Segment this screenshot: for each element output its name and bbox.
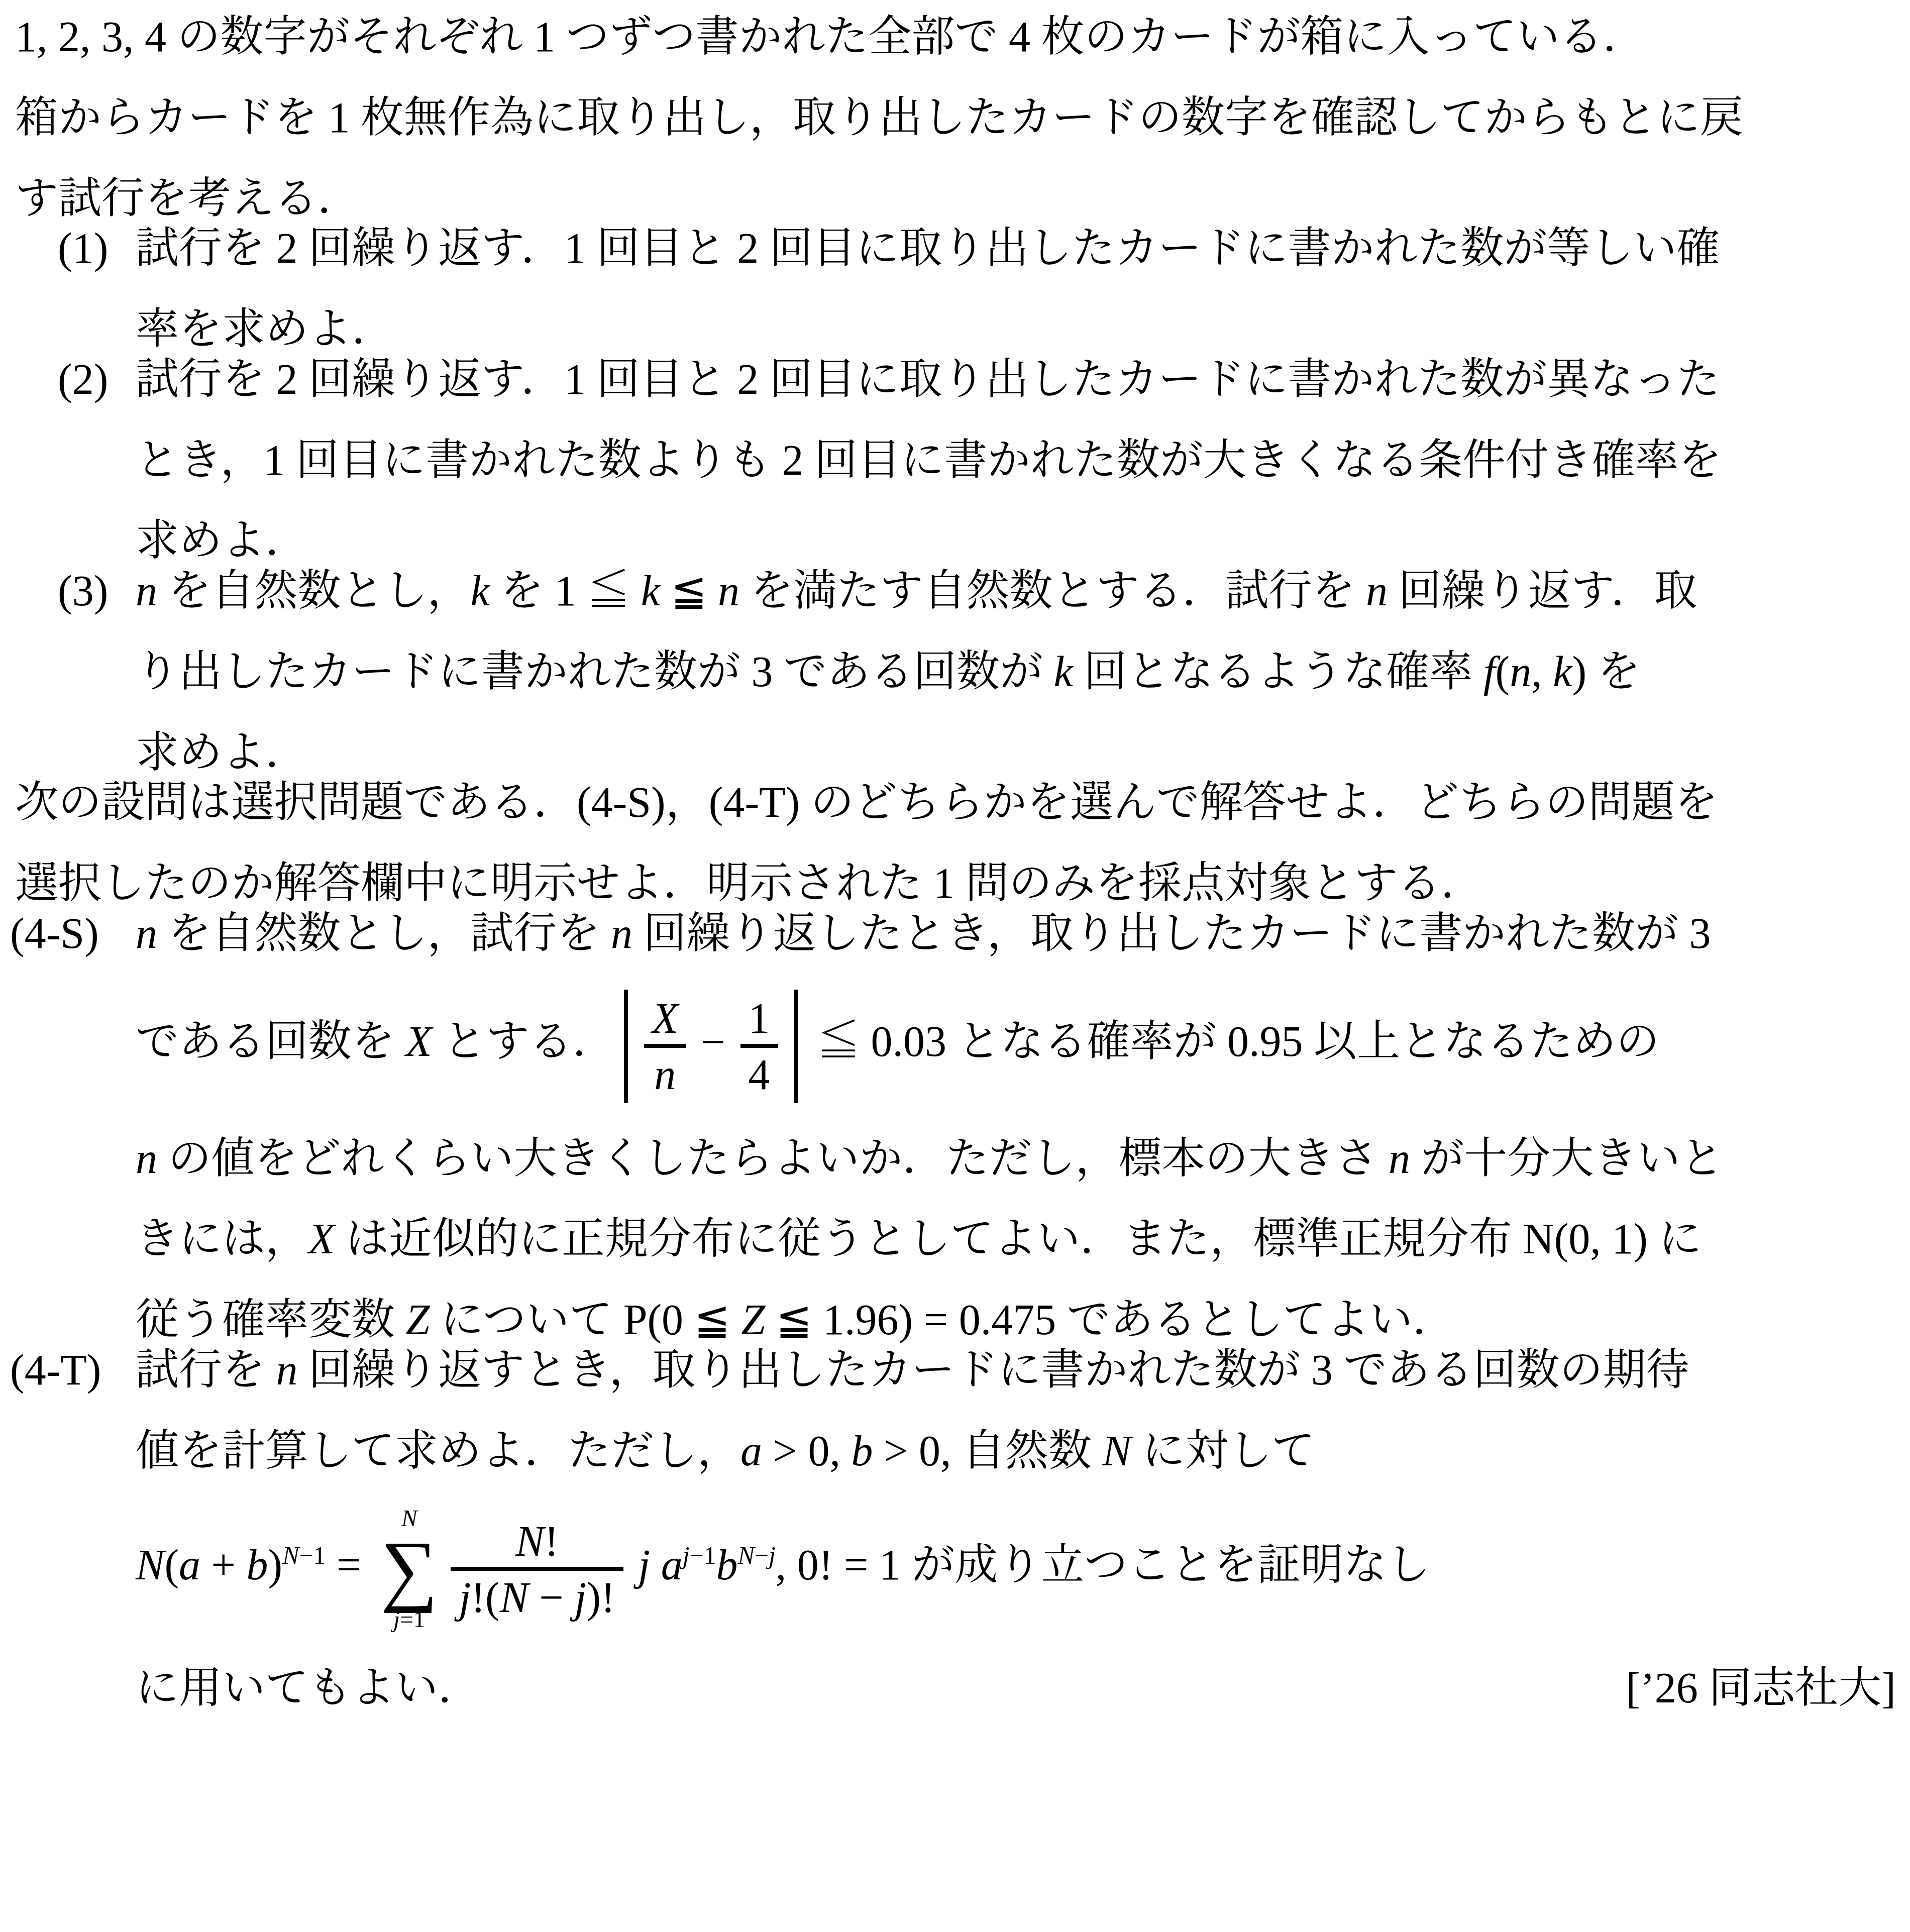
item-(2): (2)試行を 2 回繰り返す．1 回目と 2 回目に取り出したカードに書かれた数… — [0, 355, 1910, 566]
math-variable: n — [654, 1050, 676, 1099]
math-variable: n — [1366, 567, 1388, 615]
math-variable: n — [718, 567, 739, 615]
text-line: きには，X は近似的に正規分布に従うとしてよい．また，標準正規分布 N(0, 1… — [0, 1214, 1910, 1264]
math-variable: N — [136, 1541, 164, 1589]
text-line: (3)n を自然数とし，k を 1 ≦ k ≦ n を満たす自然数とする．試行を… — [0, 566, 1910, 616]
fraction: N!j!(N − j)! — [451, 1520, 623, 1619]
item-(1): (1)試行を 2 回繰り返す．1 回目と 2 回目に取り出したカードに書かれた数… — [0, 224, 1910, 355]
text-line: 箱からカードを 1 枚無作為に取り出し，取り出したカードの数字を確認してからもと… — [0, 93, 1910, 143]
math-variable: k — [1054, 648, 1073, 696]
math-variable: N — [515, 1517, 544, 1565]
text-line: (2)試行を 2 回繰り返す．1 回目と 2 回目に取り出したカードに書かれた数… — [0, 355, 1910, 405]
item-(4-T): (4-T)試行を n 回繰り返すとき，取り出したカードに書かれた数が 3 である… — [0, 1345, 1910, 1713]
summation: N∑j=1 — [381, 1507, 438, 1632]
math-variable: b — [247, 1541, 268, 1589]
superscript: j−1 — [683, 1542, 716, 1569]
math-variable: n — [611, 909, 632, 957]
text-line: 求めよ． — [0, 728, 1910, 778]
absolute-value-expression: Xn − 14 — [624, 990, 798, 1103]
text-line: 1, 2, 3, 4 の数字がそれぞれ 1 つずつ書かれた全部で 4 枚のカード… — [0, 12, 1910, 62]
math-variable: f — [1483, 648, 1496, 696]
item-(4-S): (4-S)n を自然数とし，試行を n 回繰り返したとき，取り出したカードに書か… — [0, 909, 1910, 1345]
math-variable: N — [738, 1542, 755, 1569]
math-variable: j — [575, 1573, 587, 1622]
text-line: り出したカードに書かれた数が 3 である回数が k 回となるような確率 f(n,… — [0, 647, 1910, 697]
text-line: 選択したのか解答欄中に明示せよ．明示された 1 問のみを採点対象とする． — [0, 858, 1910, 909]
math-variable: Z — [741, 1296, 765, 1344]
item-label: (2) — [58, 355, 108, 405]
text-line: とき，1 回目に書かれた数よりも 2 回目に書かれた数が大きくなる条件付き確率を — [0, 436, 1910, 486]
math-variable: k — [471, 567, 490, 615]
math-variable: N — [282, 1542, 299, 1569]
exam-page: 1, 2, 3, 4 の数字がそれぞれ 1 つずつ書かれた全部で 4 枚のカード… — [0, 0, 1910, 1713]
text-line: (4-S)n を自然数とし，試行を n 回繰り返したとき，取り出したカードに書か… — [0, 909, 1910, 959]
math-variable: n — [136, 909, 157, 957]
fraction: 14 — [740, 997, 778, 1096]
text-line: に用いてもよい．[’26 同志社大] — [0, 1663, 1910, 1713]
intro-paragraph: 1, 2, 3, 4 の数字がそれぞれ 1 つずつ書かれた全部で 4 枚のカード… — [0, 12, 1910, 224]
text-line: (4-T)試行を n 回繰り返すとき，取り出したカードに書かれた数が 3 である… — [0, 1345, 1910, 1396]
text-line: (1)試行を 2 回繰り返す．1 回目と 2 回目に取り出したカードに書かれた数… — [0, 224, 1910, 274]
math-variable: n — [1389, 1134, 1410, 1183]
formula-line: である回数を X とする．Xn − 14 ≦ 0.03 となる確率が 0.95 … — [0, 990, 1910, 1103]
math-variable: N — [500, 1573, 528, 1622]
text-line: n の値をどれくらい大きくしたらよいか．ただし，標本の大きさ n が十分大きいと — [0, 1134, 1910, 1184]
math-variable: a — [661, 1541, 683, 1589]
math-variable: X — [406, 1017, 433, 1065]
text-line: 次の設問は選択問題である．(4-S)，(4-T) のどちらかを選んで解答せよ．ど… — [0, 778, 1910, 828]
math-variable: n — [136, 1134, 157, 1183]
text-line: 率を求めよ． — [0, 304, 1910, 355]
attribution: [’26 同志社大] — [1626, 1663, 1896, 1713]
item-label: (3) — [58, 566, 108, 616]
math-variable: a — [179, 1541, 200, 1589]
text-line: 値を計算して求めよ．ただし，a > 0, b > 0, 自然数 N に対して — [0, 1426, 1910, 1476]
math-variable: b — [852, 1427, 873, 1475]
item-(3): (3)n を自然数とし，k を 1 ≦ k ≦ n を満たす自然数とする．試行を… — [0, 566, 1910, 778]
item-label: (4-T) — [10, 1345, 101, 1396]
math-variable: k — [641, 567, 660, 615]
fraction: Xn — [644, 997, 687, 1096]
math-variable: n — [136, 567, 157, 615]
math-variable: X — [652, 994, 679, 1042]
formula-line: N(a + b)N−1 = N∑j=1N!j!(N − j)! j aj−1bN… — [0, 1507, 1910, 1632]
text-line: 従う確率変数 Z について P(0 ≦ Z ≦ 1.96) = 0.475 であ… — [0, 1295, 1910, 1345]
math-variable: k — [1553, 648, 1572, 696]
math-variable: j — [459, 1573, 471, 1622]
item-label: (4-S) — [10, 909, 99, 959]
math-variable: Z — [406, 1296, 430, 1344]
math-variable: n — [1510, 648, 1531, 696]
math-variable: j — [769, 1542, 776, 1569]
math-variable: j — [393, 1606, 400, 1633]
text-line: 求めよ． — [0, 516, 1910, 566]
sigma-symbol: ∑ — [381, 1532, 438, 1607]
numbered-items: (1)試行を 2 回繰り返す．1 回目と 2 回目に取り出したカードに書かれた数… — [0, 224, 1910, 778]
item-label: (1) — [58, 224, 108, 274]
selection-note: 次の設問は選択問題である．(4-S)，(4-T) のどちらかを選んで解答せよ．ど… — [0, 778, 1910, 909]
choice-items: (4-S)n を自然数とし，試行を n 回繰り返したとき，取り出したカードに書か… — [0, 909, 1910, 1713]
math-variable: n — [276, 1346, 298, 1394]
math-variable: a — [740, 1427, 762, 1475]
math-variable: j — [683, 1542, 690, 1569]
math-variable: j — [638, 1541, 650, 1589]
superscript: N−1 — [282, 1542, 326, 1569]
math-variable: b — [716, 1541, 738, 1589]
math-variable: X — [308, 1215, 335, 1263]
text-line: す試行を考える． — [0, 174, 1910, 224]
superscript: N−j — [738, 1542, 776, 1569]
math-variable: N — [1103, 1427, 1131, 1475]
